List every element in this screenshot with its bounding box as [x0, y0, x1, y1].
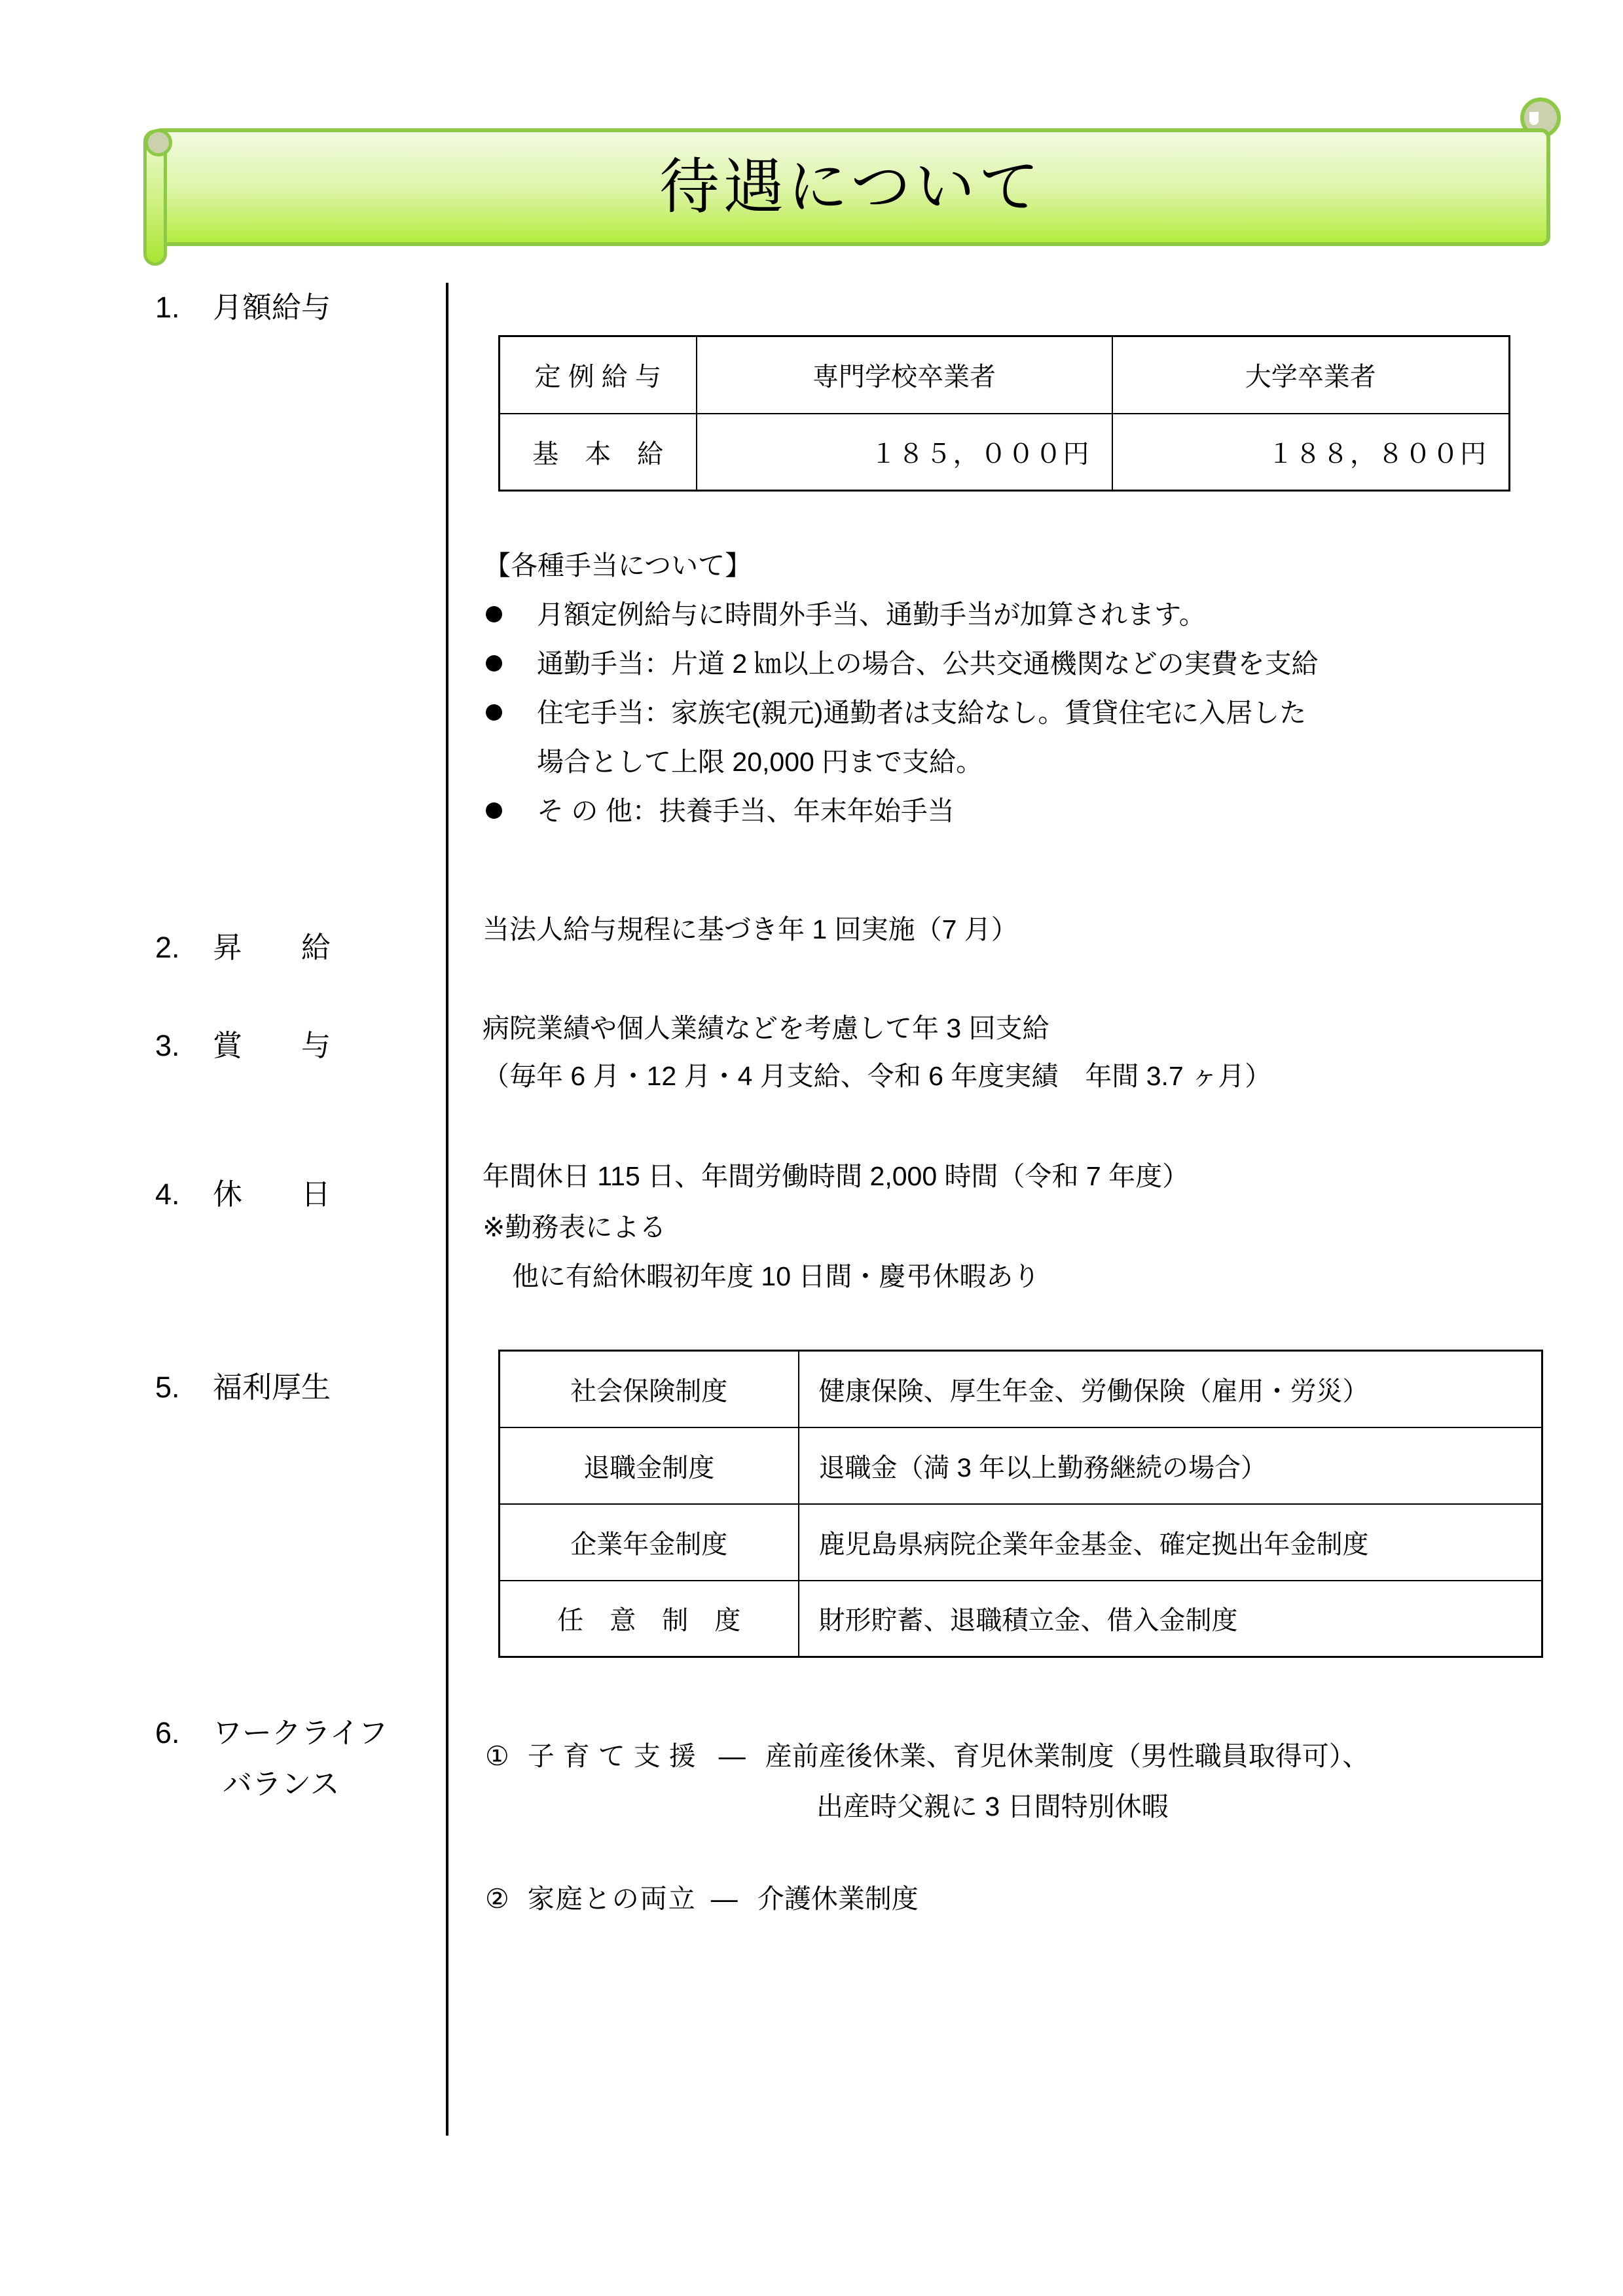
- section-5-title: 福利厚生: [213, 1371, 331, 1405]
- allowance-item-text: 月額定例給与に時間外手当、通勤手当が加算されます。: [537, 599, 1206, 631]
- salary-table-base-row: 基 本 給 １８５，０００円 １８８，８００円: [500, 414, 1510, 491]
- worklife-item-text: 介護休業制度: [757, 1883, 919, 1915]
- holiday-line2: ※勤務表による: [483, 1211, 666, 1244]
- salary-header-regular-pay: 定 例 給 与: [500, 336, 697, 414]
- salary-header-university: 大学卒業者: [1112, 336, 1510, 414]
- welfare-row-value: 鹿児島県病院企業年金基金、確定拠出年金制度: [799, 1504, 1542, 1581]
- section-divider-line: [446, 283, 448, 2136]
- section-4-label: 4. 休 日: [155, 1177, 331, 1211]
- allowance-item-housing-cont: 場合として上限 20,000 円まで支給。: [537, 746, 983, 778]
- salary-base-label: 基 本 給: [500, 414, 697, 491]
- scroll-left-curl-icon: [145, 129, 172, 156]
- allowance-item-text: 通勤手当：片道 2 ㎞以上の場合、公共交通機関などの実費を支給: [537, 648, 1319, 680]
- section-4-title: 休 日: [213, 1177, 331, 1211]
- holiday-line3: 他に有給休暇初年度 10 日間・慶弔休暇あり: [512, 1261, 1040, 1293]
- welfare-row-value: 財形貯蓄、退職積立金、借入金制度: [799, 1581, 1542, 1657]
- section-3-label: 3. 賞 与: [155, 1029, 331, 1063]
- section-2-label: 2. 昇 給: [155, 931, 331, 965]
- section-6-label: 6. ワークライフ: [155, 1716, 388, 1750]
- worklife-item-childcare-line2: 出産時父親に 3 日間特別休暇: [816, 1791, 1169, 1823]
- allowance-item-overtime: 月額定例給与に時間外手当、通勤手当が加算されます。: [486, 599, 1206, 631]
- bullet-icon: [486, 655, 502, 672]
- welfare-row-retirement: 退職金制度 退職金（満 3 年以上勤務継続の場合）: [500, 1427, 1542, 1504]
- holiday-line1: 年間休日 115 日、年間労働時間 2,000 時間（令和 7 年度）: [483, 1160, 1189, 1193]
- section-1-label: 1. 月額給与: [155, 291, 331, 325]
- salary-table-header-row: 定 例 給 与 専門学校卒業者 大学卒業者: [500, 336, 1510, 414]
- page-title: 待遇について: [659, 157, 1043, 217]
- allowance-item-housing: 住宅手当：家族宅(親元)通勤者は支給なし。賃貸住宅に入居した: [486, 697, 1306, 729]
- section-1-title: 月額給与: [213, 291, 331, 325]
- bullet-icon: [486, 802, 502, 819]
- welfare-row-label: 社会保険制度: [500, 1351, 799, 1427]
- welfare-row-value: 健康保険、厚生年金、労働保険（雇用・労災）: [799, 1351, 1542, 1427]
- section-5-label: 5. 福利厚生: [155, 1371, 331, 1405]
- section-6-title: ワークライフ: [213, 1716, 388, 1750]
- allowance-item-text: そ の 他：扶養手当、年末年始手当: [537, 795, 955, 827]
- section-3-number: 3.: [155, 1029, 193, 1063]
- section-2-number: 2.: [155, 931, 193, 965]
- allowance-item-other: そ の 他：扶養手当、年末年始手当: [486, 795, 955, 827]
- worklife-item-family: ② 家庭との両立 ― 介護休業制度: [485, 1883, 919, 1915]
- section-2-title: 昇 給: [213, 931, 331, 965]
- section-4-number: 4.: [155, 1177, 193, 1211]
- salary-header-vocational: 専門学校卒業者: [697, 336, 1112, 414]
- welfare-row-value: 退職金（満 3 年以上勤務継続の場合）: [799, 1427, 1542, 1504]
- allowance-item-text: 住宅手当：家族宅(親元)通勤者は支給なし。賃貸住宅に入居した: [537, 697, 1306, 729]
- worklife-item-label: 家庭との両立: [528, 1883, 697, 1915]
- welfare-table: 社会保険制度 健康保険、厚生年金、労働保険（雇用・労災） 退職金制度 退職金（満…: [498, 1350, 1543, 1658]
- section-6-number: 6.: [155, 1716, 193, 1750]
- circled-2-icon: ②: [485, 1883, 509, 1915]
- section-5-number: 5.: [155, 1371, 193, 1405]
- dash-separator: ―: [719, 1740, 746, 1772]
- section-1-number: 1.: [155, 291, 193, 325]
- welfare-row-corporate-pension: 企業年金制度 鹿児島県病院企業年金基金、確定拠出年金制度: [500, 1504, 1542, 1581]
- section-6-title-line2: バランス: [223, 1767, 340, 1801]
- document-page: 待遇について 1. 月額給与 定 例 給 与 専門学校卒業者 大学卒業者 基 本…: [0, 0, 1623, 2296]
- circled-1-icon: ①: [485, 1740, 509, 1772]
- allowance-item-commute: 通勤手当：片道 2 ㎞以上の場合、公共交通機関などの実費を支給: [486, 648, 1319, 680]
- raise-text: 当法人給与規程に基づき年 1 回実施（7 月）: [483, 914, 1018, 946]
- bullet-icon: [486, 704, 502, 721]
- welfare-row-voluntary: 任 意 制 度 財形貯蓄、退職積立金、借入金制度: [500, 1581, 1542, 1657]
- welfare-row-label: 任 意 制 度: [500, 1581, 799, 1657]
- salary-base-university-value: １８８，８００円: [1112, 414, 1510, 491]
- worklife-item-text: 産前産後休業、育児休業制度（男性職員取得可）、: [765, 1740, 1370, 1772]
- welfare-row-label: 企業年金制度: [500, 1504, 799, 1581]
- welfare-row-social-insurance: 社会保険制度 健康保険、厚生年金、労働保険（雇用・労災）: [500, 1351, 1542, 1427]
- worklife-item-childcare: ① 子育て支援 ― 産前産後休業、育児休業制度（男性職員取得可）、: [485, 1740, 1369, 1772]
- welfare-row-label: 退職金制度: [500, 1427, 799, 1504]
- bonus-line2: （毎年 6 月・12 月・4 月支給、令和 6 年度実績 年間 3.7 ヶ月）: [483, 1060, 1271, 1092]
- bonus-line1: 病院業績や個人業績などを考慮して年 3 回支給: [483, 1013, 1049, 1045]
- salary-table: 定 例 給 与 専門学校卒業者 大学卒業者 基 本 給 １８５，０００円 １８８…: [498, 335, 1510, 492]
- section-3-title: 賞 与: [213, 1029, 331, 1063]
- worklife-item-label: 子育て支援: [528, 1740, 704, 1772]
- bullet-icon: [486, 606, 502, 622]
- dash-separator: ―: [711, 1883, 738, 1915]
- salary-base-vocational-value: １８５，０００円: [697, 414, 1112, 491]
- title-banner: 待遇について: [152, 128, 1550, 246]
- allowances-heading: 【各種手当について】: [484, 550, 752, 582]
